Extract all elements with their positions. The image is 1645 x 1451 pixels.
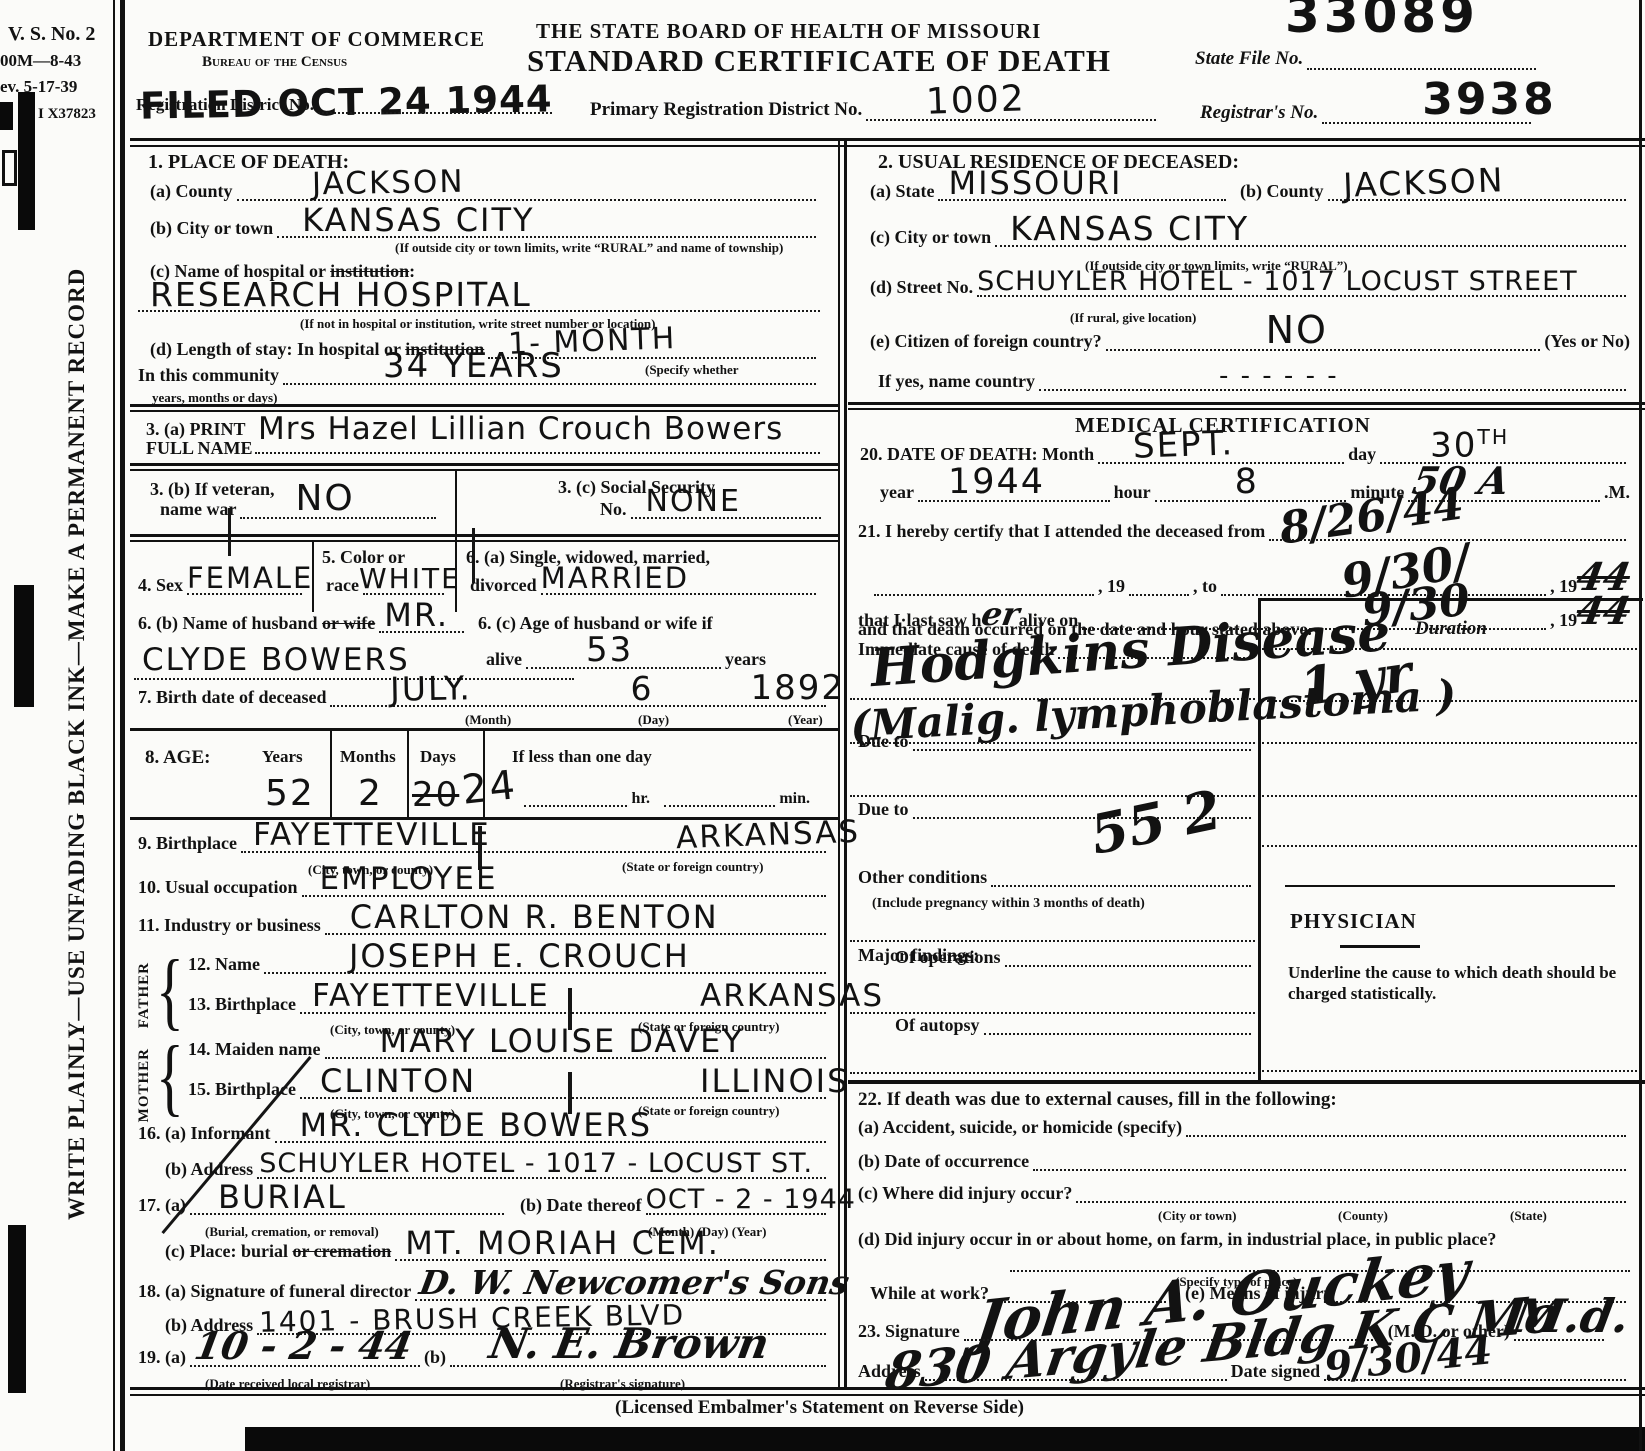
industry-line: CARLTON R. BENTON bbox=[325, 931, 826, 935]
disposition-date-row: (b) Date thereof OCT - 2 - 1944 bbox=[520, 1196, 830, 1215]
community-label: In this community bbox=[138, 366, 279, 385]
residence-county-label: (b) County bbox=[1240, 182, 1324, 201]
birthdate-line: JULY. 6 1892 bbox=[330, 703, 826, 707]
cause-dotted-line bbox=[850, 1012, 1255, 1014]
age-col-months: Months bbox=[340, 748, 396, 766]
injury-location-label: (c) Where did injury occur? bbox=[858, 1184, 1072, 1203]
duration-dotted-line bbox=[1262, 845, 1637, 847]
death-certificate-document: V. S. No. 2 00M—8-43 ev. 5-17-39 I X3782… bbox=[0, 0, 1645, 1451]
father-birthplace-label: 13. Birthplace bbox=[188, 995, 296, 1014]
disposition-date-value: OCT - 2 - 1944 bbox=[646, 1186, 856, 1213]
residence-street-line: SCHUYLER HOTEL - 1017 LOCUST STREET bbox=[977, 293, 1626, 297]
fullname-label-1: 3. (a) PRINT bbox=[146, 420, 253, 439]
funeral-director-signature: D. W. Newcomer's Sons bbox=[417, 1266, 852, 1299]
at-work-label: While at work? bbox=[870, 1284, 989, 1303]
veteran-value: NO bbox=[295, 481, 354, 517]
length-label-pre: (d) Length of stay: In hospital or bbox=[150, 339, 405, 359]
age-heading: 8. AGE: bbox=[145, 748, 210, 769]
city-row: (b) City or town KANSAS CITY bbox=[150, 219, 820, 238]
father-name-label: 12. Name bbox=[188, 955, 260, 974]
father-birthplace-line: FAYETTEVILLE ARKANSAS bbox=[300, 1010, 826, 1014]
residence-city-row: (c) City or town KANSAS CITY bbox=[870, 228, 1630, 247]
death-year-value: 1944 bbox=[948, 465, 1045, 500]
residence-state-label: (a) State bbox=[870, 182, 934, 201]
residence-street-note: (If rural, give location) bbox=[1070, 310, 1196, 326]
cause-dotted-line bbox=[850, 1072, 1255, 1074]
duration-dotted-line bbox=[1262, 1070, 1637, 1072]
birthplace-state: ARKANSAS bbox=[676, 817, 861, 854]
informant-row: 16. (a) Informant MR. CLYDE BOWERS bbox=[138, 1124, 830, 1143]
veteran-row: name war NO bbox=[160, 500, 440, 519]
community-value: 34 YEARS bbox=[383, 349, 564, 383]
registrar-sig-line: N. E. Brown bbox=[450, 1363, 826, 1367]
ssn-line: NONE bbox=[631, 515, 822, 519]
scan-artifact-bar bbox=[14, 585, 34, 707]
death-month-value: SEPT. bbox=[1133, 427, 1235, 465]
death-hour-label: hour bbox=[1114, 483, 1151, 502]
registrar-date-label: 19. (a) bbox=[138, 1348, 186, 1367]
registrar-sig-label: (b) bbox=[424, 1348, 446, 1367]
physician-address-label: Address bbox=[858, 1362, 921, 1381]
spouse-value-1: MR. bbox=[384, 599, 449, 631]
scan-artifact-bar bbox=[0, 102, 13, 130]
father-name-row: 12. Name JOSEPH E. CROUCH bbox=[188, 955, 830, 974]
marital-label-2: divorced bbox=[470, 576, 537, 595]
other-conditions-row: Other conditions bbox=[858, 868, 1255, 887]
spouse-value-2: CLYDE BOWERS bbox=[142, 645, 410, 676]
of-operations-line bbox=[1005, 963, 1252, 967]
registrar-row: 19. (a) 10 - 2 - 44 (b) N. E. Brown bbox=[138, 1348, 830, 1367]
mother-name-value: MARY LOUISE DAVEY bbox=[380, 1025, 744, 1057]
color-value: WHITE bbox=[359, 565, 461, 593]
funeral-director-label: 18. (a) Signature of funeral director bbox=[138, 1282, 411, 1301]
burial-place-pre: (c) Place: burial bbox=[165, 1241, 292, 1261]
disposition-line: BURIAL bbox=[190, 1211, 504, 1215]
age-col-less: If less than one day bbox=[512, 748, 652, 766]
scan-artifact-box bbox=[2, 150, 17, 186]
disposition-date-line: OCT - 2 - 1944 bbox=[646, 1211, 826, 1215]
community-line: 34 YEARS bbox=[283, 381, 816, 385]
age-col-years: Years bbox=[262, 748, 303, 766]
weight-annotation: 55 2 bbox=[1086, 782, 1226, 862]
hospital-line bbox=[138, 310, 820, 312]
marital-value: MARRIED bbox=[541, 564, 689, 593]
occupation-row: 10. Usual occupation EMPLOYEE bbox=[138, 878, 830, 897]
of-autopsy-line bbox=[984, 1031, 1251, 1035]
color-line: WHITE bbox=[363, 591, 444, 595]
informant-value: MR. CLYDE BOWERS bbox=[300, 1109, 653, 1141]
burial-place-value: MT. MORIAH CEM. bbox=[405, 1227, 720, 1259]
spouse-age-suffix: years bbox=[725, 650, 766, 669]
fullname-label-2: FULL NAME bbox=[146, 439, 253, 458]
mother-birthplace-city: CLINTON bbox=[320, 1065, 476, 1097]
registrar-number-value: 3938 bbox=[1422, 78, 1556, 122]
primary-district-row: Primary Registration District No. 1002 bbox=[590, 100, 1160, 121]
burial-place-label: (c) Place: burial or cremation bbox=[165, 1242, 391, 1261]
certificate-title: STANDARD CERTIFICATE OF DEATH bbox=[527, 44, 1111, 77]
accident-label: (a) Accident, suicide, or homicide (spec… bbox=[858, 1118, 1182, 1137]
mother-birthplace-state: ILLINOIS bbox=[700, 1065, 849, 1097]
death-year-line: 1944 bbox=[918, 498, 1110, 502]
residence-street-label: (d) Street No. bbox=[870, 278, 973, 297]
accident-line bbox=[1186, 1133, 1626, 1137]
country-line: - - - - - - bbox=[1039, 387, 1626, 391]
header-divider bbox=[130, 138, 1645, 141]
age-cell-divider bbox=[407, 731, 409, 817]
mother-name-row: 14. Maiden name MARY LOUISE DAVEY bbox=[188, 1040, 830, 1059]
spouse-label-pre: 6. (b) Name of husband bbox=[138, 613, 322, 633]
file-number-stamp: 33089 bbox=[1285, 0, 1479, 40]
occupation-line: EMPLOYEE bbox=[302, 893, 826, 897]
embalmer-footer: (Licensed Embalmer's Statement on Revers… bbox=[615, 1398, 1024, 1419]
death-day-ordinal: TH bbox=[1477, 425, 1509, 449]
city-label: (b) City or town bbox=[150, 219, 273, 238]
fullname-label: 3. (a) PRINT FULL NAME bbox=[146, 420, 253, 459]
spouse-label: 6. (b) Name of husband or wife bbox=[138, 614, 375, 633]
residence-state-line: MISSOURI bbox=[938, 197, 1226, 201]
father-name-line: JOSEPH E. CROUCH bbox=[264, 970, 826, 974]
section-divider bbox=[848, 1080, 1645, 1084]
industry-label: 11. Industry or business bbox=[138, 916, 321, 935]
pen-stroke bbox=[228, 508, 231, 556]
residence-county-line: JACKSON bbox=[1328, 197, 1626, 201]
occurrence-date-label: (b) Date of occurrence bbox=[858, 1152, 1029, 1171]
age-min-line bbox=[664, 803, 775, 807]
age-days-struck: 20 bbox=[412, 778, 459, 812]
residence-street-row: (d) Street No. SCHUYLER HOTEL - 1017 LOC… bbox=[870, 278, 1630, 297]
date-signed-label: Date signed bbox=[1231, 1362, 1321, 1381]
citizen-line: NO bbox=[1106, 347, 1541, 351]
mother-brace: { bbox=[156, 1034, 184, 1121]
age-min-row: min. bbox=[660, 790, 810, 807]
primary-district-value: 1002 bbox=[926, 81, 1027, 120]
residence-county-row: (b) County JACKSON bbox=[1240, 182, 1630, 201]
country-value: - - - - - - bbox=[1219, 363, 1339, 389]
spouse-name-row: 6. (b) Name of husband or wife MR. bbox=[138, 614, 468, 633]
burial-place-row: (c) Place: burial or cremation MT. MORIA… bbox=[165, 1242, 830, 1261]
disposition-row: 17. (a) BURIAL bbox=[138, 1196, 508, 1215]
section-divider bbox=[130, 469, 838, 471]
country-row: If yes, name country - - - - - - bbox=[878, 372, 1630, 391]
birthplace-note-2: (State or foreign country) bbox=[622, 859, 763, 875]
father-birthplace-row: 13. Birthplace FAYETTEVILLE ARKANSAS bbox=[188, 995, 830, 1014]
birthplace-row: 9. Birthplace FAYETTEVILLE ARKANSAS bbox=[138, 834, 830, 853]
external-causes-heading: 22. If death was due to external causes,… bbox=[858, 1090, 1337, 1111]
date-signed-line: 9/30/44 bbox=[1324, 1377, 1626, 1381]
bureau-title: Bureau of the Census bbox=[202, 54, 347, 70]
residence-city-value: KANSAS CITY bbox=[1010, 212, 1249, 245]
birthplace-label: 9. Birthplace bbox=[138, 834, 237, 853]
age-min-label: min. bbox=[779, 790, 810, 807]
injury-note-city: (City or town) bbox=[1158, 1208, 1236, 1224]
death-hour-value: 8 bbox=[1235, 465, 1259, 500]
registrar-number-line: 3938 bbox=[1322, 120, 1531, 124]
occurrence-date-line bbox=[1033, 1167, 1626, 1171]
citizen-note: (Yes or No) bbox=[1544, 332, 1630, 351]
age-years-value: 52 bbox=[265, 776, 315, 812]
sex-value: FEMALE bbox=[187, 564, 313, 593]
sex-line: FEMALE bbox=[187, 591, 302, 595]
father-name-value: JOSEPH E. CROUCH bbox=[349, 940, 690, 972]
duration-dotted-line bbox=[1262, 742, 1637, 744]
other-conditions-note: (Include pregnancy within 3 months of de… bbox=[872, 896, 1145, 912]
burial-place-strike: or cremation bbox=[292, 1241, 391, 1261]
residence-street-value: SCHUYLER HOTEL - 1017 LOCUST STREET bbox=[977, 268, 1578, 295]
state-file-line bbox=[1307, 66, 1536, 70]
print-code: 00M—8-43 bbox=[0, 52, 81, 70]
age-hr-row: hr. bbox=[520, 790, 650, 807]
registrar-date-value: 10 - 2 - 44 bbox=[192, 1327, 415, 1365]
primary-district-line: 1002 bbox=[866, 117, 1156, 121]
birthdate-month: JULY. bbox=[390, 672, 472, 706]
sex-row: 4. Sex FEMALE bbox=[138, 576, 306, 595]
registration-district-row: Registration District No. bbox=[136, 96, 556, 114]
industry-value: CARLTON R. BENTON bbox=[350, 901, 719, 933]
county-label: (a) County bbox=[150, 182, 233, 201]
community-row: In this community 34 YEARS bbox=[138, 366, 820, 385]
physician-heading-rule bbox=[1340, 945, 1420, 948]
birthdate-label: 7. Birth date of deceased bbox=[138, 688, 326, 707]
spouse-line-1: MR. bbox=[379, 629, 464, 633]
other-conditions-line bbox=[991, 883, 1251, 887]
residence-city-label: (c) City or town bbox=[870, 228, 991, 247]
cause-dotted-line bbox=[850, 698, 1255, 700]
ssn-row: No. NONE bbox=[600, 500, 825, 519]
age-hr-label: hr. bbox=[631, 790, 650, 807]
section-divider bbox=[848, 408, 1645, 410]
ssn-label-2: No. bbox=[600, 500, 627, 519]
of-operations-label: Of operations bbox=[895, 948, 1001, 967]
city-line: KANSAS CITY bbox=[277, 234, 816, 238]
color-row: race WHITE bbox=[326, 576, 448, 595]
of-operations-row: Of operations bbox=[895, 948, 1255, 967]
hospital-value: RESEARCH HOSPITAL bbox=[150, 278, 532, 311]
veteran-line: NO bbox=[240, 515, 436, 519]
disposition-label: 17. (a) bbox=[138, 1196, 186, 1215]
registration-district-line bbox=[318, 110, 552, 114]
birthplace-line-1: FAYETTEVILLE ARKANSAS bbox=[241, 849, 826, 853]
injury-location-row: (c) Where did injury occur? bbox=[858, 1184, 1630, 1203]
cause-dotted-line bbox=[850, 940, 1255, 942]
mother-name-label: 14. Maiden name bbox=[188, 1040, 321, 1059]
informant-address-row: (b) Address SCHUYLER HOTEL - 1017 - LOCU… bbox=[165, 1160, 830, 1179]
funeral-director-row: 18. (a) Signature of funeral director D.… bbox=[138, 1282, 830, 1301]
left-rule bbox=[113, 0, 115, 1451]
industry-row: 11. Industry or business CARLTON R. BENT… bbox=[138, 916, 830, 935]
duration-dotted-line bbox=[1262, 795, 1637, 797]
age-cell-divider bbox=[330, 731, 332, 817]
marital-line: MARRIED bbox=[541, 591, 816, 595]
physician-address-line bbox=[925, 1377, 1227, 1381]
citizen-row: (e) Citizen of foreign country? NO (Yes … bbox=[870, 332, 1630, 351]
country-label: If yes, name country bbox=[878, 372, 1035, 391]
death-month-line: SEPT. bbox=[1098, 460, 1344, 464]
section-divider bbox=[130, 540, 838, 542]
occupation-value: EMPLOYEE bbox=[320, 864, 498, 895]
sex-label: 4. Sex bbox=[138, 576, 183, 595]
left-rule bbox=[120, 0, 125, 1451]
age-days-value: 24 bbox=[460, 765, 519, 811]
birthplace-city: FAYETTEVILLE bbox=[253, 820, 491, 851]
death-day-label: day bbox=[1348, 445, 1376, 464]
disposition-note: (Burial, cremation, or removal) bbox=[205, 1224, 379, 1240]
state-file-label: State File No. bbox=[1195, 48, 1303, 70]
ssn-value: NONE bbox=[646, 487, 741, 517]
primary-district-label: Primary Registration District No. bbox=[590, 100, 862, 121]
registrar-number-row: Registrar's No. 3938 bbox=[1200, 102, 1535, 124]
residence-county-value: JACKSON bbox=[1342, 164, 1504, 203]
spouse-age-value: 53 bbox=[586, 633, 633, 667]
duration-label: Duration bbox=[1415, 618, 1487, 640]
residence-state-value: MISSOURI bbox=[948, 167, 1122, 199]
veteran-label-2: name war bbox=[160, 500, 236, 519]
burial-place-line: MT. MORIAH CEM. bbox=[395, 1257, 826, 1261]
informant-address-label: (b) Address bbox=[165, 1160, 253, 1179]
age-col-days: Days bbox=[420, 748, 456, 766]
spouse-label-strike: or wife bbox=[322, 613, 375, 633]
due-to-label-1: Due to bbox=[858, 732, 909, 751]
registrar-date-line: 10 - 2 - 44 bbox=[190, 1363, 420, 1367]
scan-artifact-bar bbox=[18, 92, 35, 230]
death-ampm-label: .M. bbox=[1604, 483, 1630, 502]
of-autopsy-label: Of autopsy bbox=[895, 1016, 980, 1035]
of-autopsy-row: Of autopsy bbox=[895, 1016, 1255, 1035]
father-birthplace-city: FAYETTEVILLE bbox=[312, 981, 550, 1012]
scan-artifact-bar bbox=[8, 1225, 26, 1393]
residence-state-row: (a) State MISSOURI bbox=[870, 182, 1230, 201]
birthdate-note-day: (Day) bbox=[638, 712, 669, 728]
state-file-row: State File No. bbox=[1195, 48, 1540, 70]
birthdate-note-year: (Year) bbox=[788, 712, 823, 728]
attended-label: 21. I hereby certify that I attended the… bbox=[858, 522, 1265, 541]
occupation-label: 10. Usual occupation bbox=[138, 878, 298, 897]
due-to-row-1: Due to bbox=[858, 732, 1255, 751]
board-title: THE STATE BOARD OF HEALTH OF MISSOURI bbox=[536, 20, 1041, 43]
city-note: (If outside city or town limits, write “… bbox=[395, 240, 783, 256]
informant-line: MR. CLYDE BOWERS bbox=[275, 1139, 827, 1143]
physician-address-row: Address Date signed 9/30/44 bbox=[858, 1362, 1630, 1381]
plate-code: I X37823 bbox=[38, 106, 96, 122]
mother-birthplace-note-2: (State or foreign country) bbox=[638, 1103, 779, 1119]
registrar-signature: N. E. Brown bbox=[486, 1323, 772, 1365]
informant-address-value: SCHUYLER HOTEL - 1017 - LOCUST ST. bbox=[259, 1150, 813, 1177]
informant-label: 16. (a) Informant bbox=[138, 1124, 271, 1143]
fullname-value: Mrs Hazel Lillian Crouch Bowers bbox=[258, 414, 783, 445]
color-label-2: race bbox=[326, 576, 359, 595]
disposition-date-label: (b) Date thereof bbox=[520, 1196, 642, 1215]
injury-note-county: (County) bbox=[1338, 1208, 1388, 1224]
underline-instruction: Underline the cause to which death shoul… bbox=[1288, 962, 1633, 1005]
spouse-age-line: 53 bbox=[526, 665, 721, 669]
city-value: KANSAS CITY bbox=[302, 204, 534, 236]
form-number: V. S. No. 2 bbox=[8, 24, 95, 46]
revision-code: ev. 5-17-39 bbox=[0, 78, 77, 96]
birthdate-row: 7. Birth date of deceased JULY. 6 1892 bbox=[138, 688, 830, 707]
birthdate-day: 6 bbox=[630, 672, 653, 705]
father-birthplace-state: ARKANSAS bbox=[700, 981, 884, 1012]
father-group-label: FATHER bbox=[136, 962, 153, 1028]
county-value: JACKSON bbox=[311, 167, 464, 201]
attended-row: 21. I hereby certify that I attended the… bbox=[858, 522, 1630, 541]
registration-district-label: Registration District No. bbox=[136, 96, 314, 114]
registrar-sig-note: (Registrar's signature) bbox=[560, 1376, 685, 1392]
county-row: (a) County JACKSON bbox=[150, 182, 820, 201]
margin-instruction: WRITE PLAINLY—USE UNFADING BLACK INK—MAK… bbox=[64, 150, 90, 1220]
age-months-value: 2 bbox=[358, 776, 383, 812]
section-divider bbox=[130, 534, 838, 537]
section-divider bbox=[130, 463, 838, 466]
header-divider bbox=[130, 145, 1645, 147]
occurrence-date-row: (b) Date of occurrence bbox=[858, 1152, 1630, 1171]
mother-birthplace-line: CLINTON ILLINOIS bbox=[300, 1095, 826, 1099]
citizen-label: (e) Citizen of foreign country? bbox=[870, 332, 1102, 351]
other-conditions-label: Other conditions bbox=[858, 868, 987, 887]
spouse-age-row: alive 53 years bbox=[486, 650, 766, 669]
due-to-label-2: Due to bbox=[858, 800, 909, 819]
spouse-line-2 bbox=[134, 678, 574, 680]
fullname-line bbox=[255, 452, 820, 454]
age-hr-line bbox=[524, 803, 627, 807]
mother-name-line: MARY LOUISE DAVEY bbox=[325, 1055, 827, 1059]
physician-box-rule bbox=[1285, 885, 1615, 887]
registrar-date-note: (Date received local registrar) bbox=[205, 1376, 370, 1392]
mother-group-label: MOTHER bbox=[136, 1048, 153, 1122]
death-year-label: year bbox=[880, 483, 914, 502]
father-brace: { bbox=[156, 948, 184, 1035]
section-divider bbox=[130, 404, 838, 407]
citizen-value: NO bbox=[1266, 311, 1328, 349]
accident-row: (a) Accident, suicide, or homicide (spec… bbox=[858, 1118, 1630, 1137]
injury-note-state: (State) bbox=[1510, 1208, 1547, 1224]
section-divider bbox=[848, 402, 1645, 405]
marital-row: divorced MARRIED bbox=[470, 576, 820, 595]
due-to-line-1 bbox=[913, 747, 1252, 751]
scan-artifact-bottom-bar bbox=[245, 1427, 1645, 1451]
birthdate-year: 1892 bbox=[750, 671, 845, 705]
registrar-number-label: Registrar's No. bbox=[1200, 102, 1318, 124]
residence-city-line: KANSAS CITY bbox=[995, 243, 1626, 247]
disposition-value: BURIAL bbox=[218, 1181, 347, 1213]
date-of-death-row-2: year 1944 hour 8 minute 50 A .M. bbox=[880, 483, 1630, 502]
physician-heading: PHYSICIAN bbox=[1290, 910, 1417, 933]
spouse-age-label-2: alive bbox=[486, 650, 522, 669]
birthdate-note-month: (Month) bbox=[465, 712, 511, 728]
attended-row-2: , 19 , to 9/30/ , 19 44 bbox=[870, 558, 1630, 596]
department-title: DEPARTMENT OF COMMERCE bbox=[148, 28, 485, 51]
veteran-label-1: 3. (b) If veteran, bbox=[150, 480, 274, 499]
injury-location-line bbox=[1076, 1199, 1626, 1203]
